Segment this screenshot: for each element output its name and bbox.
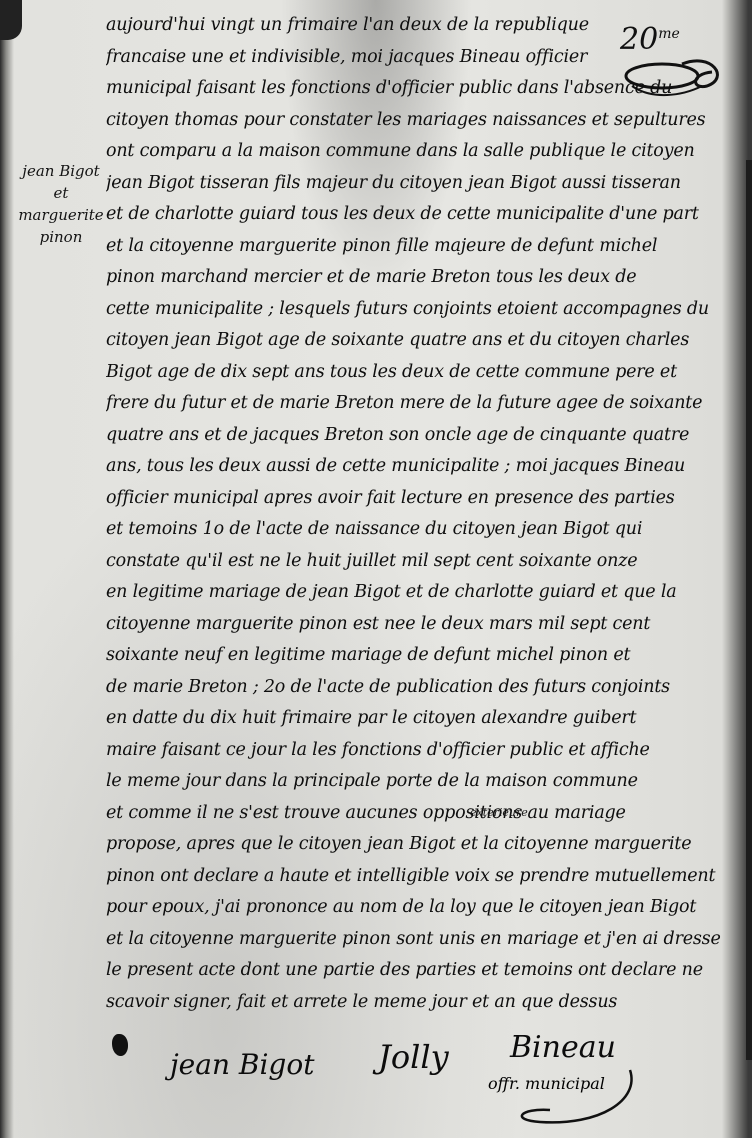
text-line: et de charlotte guiard tous les deux de …: [106, 199, 736, 231]
page-corner-shadow: [0, 0, 22, 40]
text-line: maire faisant ce jour la les fonctions d…: [106, 735, 736, 767]
text-line: le present acte dont une partie des part…: [106, 955, 736, 987]
signature-witness: Jolly: [378, 1038, 449, 1076]
text-line: ans, tous les deux aussi de cette munici…: [106, 451, 736, 483]
margin-note-bride-first: marguerite: [6, 204, 116, 226]
signatures-block: jean Bigot Jolly Bineau offr. municipal: [0, 1030, 752, 1130]
text-line: et la citoyenne marguerite pinon sont un…: [106, 924, 736, 956]
text-line: Bigot age de dix sept ans tous les deux …: [106, 357, 736, 389]
text-line: frere du futur et de marie Breton mere d…: [106, 388, 736, 420]
margin-note-and: et: [6, 182, 116, 204]
text-line: pinon ont declare a haute et intelligibl…: [106, 861, 736, 893]
text-line: aujourd'hui vingt un frimaire l'an deux …: [106, 10, 736, 42]
text-line: cette municipalite ; lesquels futurs con…: [106, 294, 736, 326]
text-line: soixante neuf en legitime mariage de def…: [106, 640, 736, 672]
text-line: pinon marchand mercier et de marie Breto…: [106, 262, 736, 294]
text-line: citoyen jean Bigot age de soixante quatr…: [106, 325, 736, 357]
text-line: scavoir signer, fait et arrete le meme j…: [106, 987, 736, 1019]
text-line: francaise une et indivisible, moi jacque…: [106, 42, 736, 74]
margin-note: jean Bigot et marguerite pinon: [6, 160, 116, 248]
signature-groom: jean Bigot: [170, 1048, 314, 1081]
text-line: et temoins 1o de l'acte de naissance du …: [106, 514, 736, 546]
text-line: pour epoux, j'ai prononce au nom de la l…: [106, 892, 736, 924]
text-line: de marie Breton ; 2o de l'acte de public…: [106, 672, 736, 704]
text-line: constate qu'il est ne le huit juillet mi…: [106, 546, 736, 578]
text-line: et comme il ne s'est trouve aucunes oppo…: [106, 798, 736, 830]
text-line: municipal faisant les fonctions d'offici…: [106, 73, 736, 105]
page-edge-shadow: [746, 160, 752, 1060]
signature-flourish-icon: [480, 1060, 640, 1130]
text-line: en legitime mariage de jean Bigot et de …: [106, 577, 736, 609]
text-line: citoyen thomas pour constater les mariag…: [106, 105, 736, 137]
register-page: 20me jean Bigot et marguerite pinon aujo…: [0, 0, 752, 1138]
text-line: le meme jour dans la principale porte de…: [106, 766, 736, 798]
text-line: jean Bigot tisseran fils majeur du citoy…: [106, 168, 736, 200]
text-line: ont comparu a la maison commune dans la …: [106, 136, 736, 168]
text-line: officier municipal apres avoir fait lect…: [106, 483, 736, 515]
margin-note-groom: jean Bigot: [6, 160, 116, 182]
record-body: aujourd'hui vingt un frimaire l'an deux …: [106, 10, 736, 1018]
text-line: citoyenne marguerite pinon est nee le de…: [106, 609, 736, 641]
text-line: quatre ans et de jacques Breton son oncl…: [106, 420, 736, 452]
text-line: propose, apres que le citoyen jean Bigot…: [106, 829, 736, 861]
interlinear-insertion: exterieure: [470, 806, 528, 819]
text-line: et la citoyenne marguerite pinon fille m…: [106, 231, 736, 263]
margin-note-bride-last: pinon: [6, 226, 116, 248]
text-line: en datte du dix huit frimaire par le cit…: [106, 703, 736, 735]
